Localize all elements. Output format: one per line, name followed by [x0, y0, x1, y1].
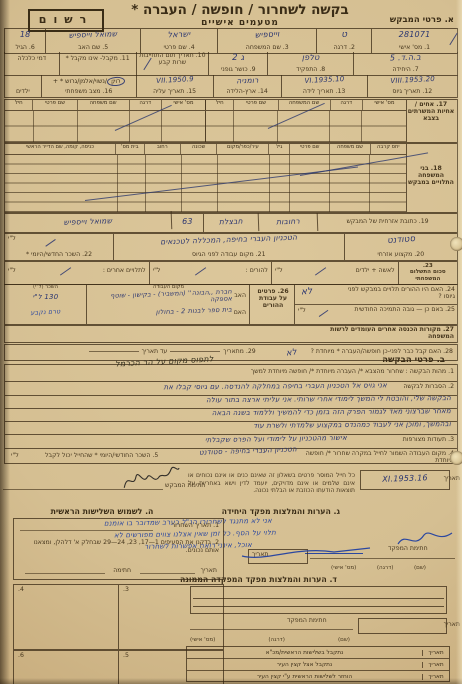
previous-leave-value: לא	[285, 347, 297, 358]
warning-text: כל חייל המוסר פרטים בשאלון זה שאינם כנים…	[188, 472, 355, 495]
monthly-wage-slash	[45, 239, 56, 247]
section-a-heading: א. פרטי המבקש	[390, 15, 454, 25]
dependents-col-0: יחס קרבה	[370, 144, 406, 154]
parents-work-number: 26.	[278, 288, 289, 295]
siblings-grid: מס' אישי דרגה שם המשפחה שם פרטי חיל מס' …	[5, 100, 407, 142]
possible-wage-label: 5. השכר החודשי/היומי * שהחייל יכול לקבל	[45, 453, 158, 460]
field-marital-status: רוק/נשוי/אלמן/גרוש * + 16. מצב משפחתי	[42, 75, 137, 97]
adjutancy-box-5-number: 5.	[123, 653, 129, 660]
aliyah-date-label: 15. תאריך עליה	[137, 89, 213, 96]
father-work-value: חברת ,,הבונה'' (המשביר) - בקישון - שוטף …	[89, 289, 232, 308]
field-work-before-enlistment: הטכניון העברי בחיפה, המכללה לטכנאים 21. …	[114, 234, 345, 260]
form-subtitle: מטעמים אישיים	[120, 18, 360, 28]
marital-options-rest: /נשוי/אלמן/גרוש * +	[53, 78, 107, 85]
father-row-label: האב	[234, 293, 246, 300]
birth-country-label: 14. ארץ-הלידה	[214, 89, 281, 96]
address-city: רחובות	[259, 213, 319, 233]
rank-label: 2. דרגה	[317, 45, 371, 52]
superior-notes-rule-2	[193, 606, 444, 607]
siblings-col-7: שם משפחה	[77, 100, 129, 110]
dependents-col-2: שם פרטי	[289, 144, 329, 154]
field-civil-profession: סטודנט 20. מקצוע אזרחי	[345, 234, 458, 260]
support-amount-label: 25. באם כן — גובה התמיכה החודשית	[338, 307, 455, 314]
siblings-col-3: שם פרטי	[233, 100, 277, 110]
field-aliyah-date: 9.VII.1950 15. תאריך עליה	[137, 75, 214, 97]
siblings-table: 17. אחים / אחיות המשרתים בצבא מס' אישי ד…	[4, 99, 458, 143]
form-title: בקשה לשחרור / חופשה / העברה *	[120, 2, 360, 18]
fitness-value: ג 2	[209, 53, 267, 63]
mother-work-value: בית ספר לבנות 2 - בחולון	[89, 306, 232, 319]
applicant-row-3: 20.VIII.1953 12. תאריך גיוס 10.VI.1935 1…	[4, 75, 458, 98]
address-row: 19. כתובת אזרחית של המבקש רחובות חבצלת 6…	[4, 213, 458, 233]
parents-wage-col: השכר (ל"י) 130 ל"י טרם נקבע	[5, 285, 87, 324]
field-allowance-type: דמי כלכלה	[5, 52, 60, 75]
family-name-label: 3. שם המשפחה	[218, 45, 316, 52]
attached-documents-value: אישור מהטכניון על לימודי ועל הפרס שקבלתי	[205, 434, 347, 444]
address-label: 19. כתובת אזרחית של המבקש	[318, 214, 457, 232]
field-rank: ט 2. דרגה	[317, 29, 372, 53]
punch-hole-bottom	[450, 451, 462, 465]
adjutancy-box: 1. תאריך השחרור 2. בדקנו את הסעיפים 1—17…	[13, 518, 224, 580]
receipt-table: תאריך נתקבל בשלישות הראשית/מכ"א תאריך נת…	[186, 646, 450, 682]
parents-wage-header: השכר (ל"י)	[5, 285, 86, 291]
parents-questions-col: 24. האם היו ההורים תלויים במבקש לפני גיו…	[295, 285, 457, 324]
release-date-label: 1. תאריך השחרור	[172, 523, 219, 530]
adjutancy-date-line	[140, 573, 195, 574]
superior-notes-box	[190, 586, 447, 614]
scan-bottom-shadow	[0, 678, 462, 684]
enlistment-date-label: 12. תאריך גיוס	[368, 89, 457, 96]
parents-block: 24. האם היו ההורים תלויים במבקש לפני גיו…	[4, 284, 458, 325]
dependents-col-7: בית מס'	[115, 144, 144, 154]
profession-row: סטודנט 20. מקצוע אזרחי הטכניון העברי בחי…	[4, 233, 458, 261]
payment-parents-currency: ל"י	[153, 268, 161, 275]
support-amount-slash	[319, 310, 329, 317]
field-age: 18 6. הגיל	[5, 29, 46, 53]
payment-wife-currency: ל"י	[275, 268, 283, 275]
request-reasons-label: 2. הסברות לבקשה	[403, 384, 454, 391]
dependents-col-8: כניסה, קומה, שם הדייר הראשי	[5, 144, 115, 154]
role-value: טלפן	[268, 53, 353, 62]
allowance-type-label: דמי כלכלה	[7, 56, 57, 63]
dependents-grid: יחס קרבה שם משפחה שם פרטי גיל עיר/כפר/מק…	[5, 144, 407, 212]
field-parents-dependent: 24. האם היו ההורים תלויים במבקש לפני גיו…	[295, 285, 457, 305]
father-name-label: 5. שם האב	[46, 45, 140, 52]
mother-wage-value: טרם נקבע	[5, 307, 86, 318]
adjutancy-sig-label: חתימה	[113, 568, 131, 575]
adjutancy-date-label: תאריך	[201, 568, 217, 575]
aliyah-date-value: 9.VII.1950	[136, 74, 212, 86]
siblings-col-8: שם פרטי	[32, 100, 76, 110]
payment-other-dependents: לתלויים אחרים : ל"י	[5, 262, 150, 284]
field-commitment-end: 10. תאריך תום התחייבות שרות קבע	[137, 52, 210, 75]
marital-circled-single: רוק	[107, 76, 125, 86]
payment-wife-slash	[315, 267, 326, 276]
father-name-value: שמואל וייספיש	[46, 28, 140, 40]
unit-label: 7. היחידה	[354, 67, 457, 74]
family-payment-label: 23. סכום התשלום המשפחתי	[399, 262, 457, 284]
role-label: 8. התפקיד	[268, 67, 353, 74]
children-label: ילדים	[5, 89, 41, 96]
dependents-col-5: שכונה	[180, 144, 216, 154]
c-id-number: (מס' אישי)	[331, 565, 356, 571]
birth-date-label: 13. תאריך לידה	[282, 89, 367, 96]
adjutancy-sig-line	[25, 573, 105, 574]
field-support-amount: 25. באם כן — גובה התמיכה החודשית ל"י	[295, 305, 457, 323]
marital-status-label: 16. מצב משפחתי	[42, 89, 136, 96]
from-date-label: 29. מתאריך	[223, 349, 255, 356]
fitness-label: 9. כושר גופני	[209, 67, 267, 74]
field-birth-date: 10.VI.1935 13. תאריך לידה	[282, 75, 368, 97]
field-fitness: ג 2 9. כושר גופני	[209, 52, 268, 75]
age-value: 18	[5, 30, 45, 39]
address-number: 63	[172, 214, 204, 232]
support-amount-currency: ל"י	[298, 308, 306, 315]
address-co-name: שמואל וייספיש	[5, 211, 172, 235]
scan-left-shadow	[0, 0, 10, 684]
field-birth-country: רומניה 14. ארץ-הלידה	[214, 75, 282, 97]
reserved-job-label: 4. מקום העבודה השמור לחייל במקרה שחרור *…	[304, 451, 454, 465]
parents-dependent-label: 24. האם היו ההורים תלויים במבקש לפני גיו…	[342, 287, 455, 301]
commander-c-signature-scribble	[238, 528, 460, 562]
dependents-col-1: שם משפחה	[329, 144, 369, 154]
checked-sections-text: 2. בדקנו את הסעיפים 1—17, 23, 24—29 שבחל…	[18, 539, 219, 556]
payment-others-slash	[60, 267, 71, 276]
first-name-label: 4. שם פרטי	[141, 45, 217, 52]
field-unit: ב.ה.ד. 5 7. היחידה	[354, 52, 457, 75]
siblings-col-0: מס' אישי	[362, 100, 406, 110]
field-allowance-receives: 11. מקבל- אינו מקבל *	[60, 52, 137, 75]
marital-options: רוק/נשוי/אלמן/גרוש * +	[42, 77, 136, 86]
d-id-rank: (דרגה)	[268, 637, 285, 643]
applicant-row-2: ב.ה.ד. 5 7. היחידה טלפן 8. התפקיד ג 2 9.…	[4, 52, 458, 76]
enlistment-date-value: 20.VIII.1953	[367, 74, 457, 87]
request-nature-label: 1. מהות הבקשה : שחרור מהצבא */ העברה מיו…	[251, 369, 454, 376]
from-date-line	[170, 351, 220, 352]
payment-parents-slash	[195, 267, 206, 276]
payment-wife-label: לאשה + ילדים	[356, 268, 395, 275]
section-c-heading: ג. הערות והמלצות מפקד היחידה	[222, 507, 340, 516]
possible-wage-currency: ל"י	[11, 453, 19, 460]
siblings-side-label: 17. אחים / אחיות המשרתים בצבא	[407, 100, 457, 142]
siblings-empty-grid	[5, 111, 406, 142]
until-date-line	[89, 351, 139, 352]
adjutancy-box-4: 4.	[14, 585, 118, 649]
superior-signature-label: חתימת המפקד	[287, 618, 327, 625]
payment-others-label: לתלויים אחרים :	[103, 268, 146, 275]
other-income-label: 27. מקורות הכנסה אחרים העומדים לרשות המש…	[314, 327, 454, 341]
dependents-col-3: גיל	[268, 144, 289, 154]
adjutancy-box-3-number: 3.	[123, 587, 129, 594]
field-personal-number: 281071 1. מס' אישי	[372, 29, 457, 53]
siblings-header-row: מס' אישי דרגה שם המשפחה שם פרטי חיל מס' …	[5, 100, 406, 111]
payment-wife-children: לאשה + ילדים ל"י	[272, 262, 399, 284]
dependents-col-6: רחוב	[144, 144, 180, 154]
dependents-col-4: עיר/כפר/מקום	[216, 144, 268, 154]
field-children: ילדים	[5, 75, 42, 97]
adjutancy-boxes-row-1: 3. 4.	[13, 584, 224, 650]
first-name-value: ישראל	[141, 29, 217, 41]
adjutancy-box-6-number: 6.	[18, 653, 24, 660]
parents-work-col: מקום העבודה 26. פרטים על עבודת ההורים הא…	[87, 285, 295, 324]
request-box: 1. מהות הבקשה : שחרור מהצבא */ העברה מיו…	[4, 364, 458, 464]
superior-date-box	[358, 618, 447, 634]
civil-profession-label: 20. מקצוע אזרחי	[345, 252, 458, 259]
family-payment-title: סכום התשלום המשפחתי	[410, 269, 446, 281]
siblings-col-1: דרגה	[330, 100, 362, 110]
request-date-box: 16.XI.1953	[360, 470, 450, 490]
dependents-table: 18. בני המשפחה התלויים במבקש יחס קרבה שם…	[4, 143, 458, 213]
section-e-heading: ה. לשמוש השלישות הראשית	[22, 507, 182, 516]
address-street: חבצלת	[204, 213, 259, 233]
adjutancy-box-3: 3.	[118, 585, 223, 649]
unit-value: ב.ה.ד. 5	[354, 51, 457, 64]
superior-notes-rule-1	[193, 598, 444, 599]
civil-profession-value: סטודנט	[344, 231, 457, 249]
family-payment-number: 23.	[423, 263, 433, 269]
attached-documents-label: 3. תעודות מצורפות	[403, 437, 454, 444]
work-before-value: הטכניון העברי בחיפה, המכללה לטכנאים	[114, 231, 344, 248]
birth-country-value: רומניה	[213, 75, 280, 86]
reasons-line-1: אני גויס אל הטכניון העברי בחיפה במחלקה ל…	[13, 381, 387, 392]
c-id-rank: (דרגה)	[377, 565, 394, 571]
parents-work-label: 26. פרטים על עבודת ההורים	[254, 289, 292, 310]
receipt-2-date-label: תאריך	[422, 662, 449, 668]
release-date-line	[20, 530, 153, 531]
personal-number-value: 281071	[372, 30, 457, 39]
field-role: טלפן 8. התפקיד	[268, 52, 354, 75]
c-id-name: (שם)	[414, 565, 426, 571]
payment-parents-label: להורים :	[246, 268, 268, 275]
parents-work-divider	[249, 285, 250, 324]
commander-c-id-line: (שם) (דרגה) (מס' אישי)	[331, 565, 426, 571]
family-name-value: וייספיש	[218, 27, 317, 41]
applicant-row-1: 281071 1. מס' אישי ט 2. דרגה וייספיש 3. …	[4, 28, 458, 54]
until-date-label: עד תאריך	[142, 349, 168, 356]
monthly-wage-label: 22. השכר החדשי/היומי *	[5, 252, 113, 259]
mother-row-label: האם	[234, 310, 246, 317]
d-id-name: (שם)	[338, 637, 350, 643]
other-income-row: 27. מקורות הכנסה אחרים העומדים לרשות המש…	[4, 325, 458, 343]
receipt-row-2: תאריך נתקבל אצל קצין העיר	[187, 659, 449, 671]
receipt-row-1: תאריך נתקבל בשלישות הראשית/מכ"א	[187, 647, 449, 659]
punch-hole-top	[450, 237, 462, 251]
dependents-header-row: יחס קרבה שם משפחה שם פרטי גיל עיר/כפר/מק…	[5, 144, 406, 155]
parents-dependent-value: לא	[301, 286, 314, 297]
adjutancy-box-4-number: 4.	[18, 587, 24, 594]
payment-parents: להורים : ל"י	[150, 262, 272, 284]
age-label: 6. הגיל	[5, 45, 45, 52]
dependents-empty-grid	[5, 155, 406, 212]
work-before-label: 21. מקום עבודה לפני הגיוס	[114, 252, 344, 259]
field-enlistment-date: 20.VIII.1953 12. תאריך גיוס	[368, 75, 457, 97]
registered-stamp-text: רשום	[39, 13, 93, 26]
field-family-name: וייספיש 3. שם המשפחה	[218, 29, 317, 53]
birth-date-value: 10.VI.1935	[282, 74, 367, 86]
allowance-receives-label: 11. מקבל- אינו מקבל *	[62, 56, 134, 63]
father-wage-value: 130 ל"י	[5, 293, 86, 301]
field-monthly-wage: 22. השכר החדשי/היומי * ל"י	[5, 234, 114, 260]
field-first-name: ישראל 4. שם פרטי	[141, 29, 218, 53]
request-date-value: 16.XI.1953	[361, 472, 449, 484]
field-father-name: שמואל וייספיש 5. שם האב	[46, 29, 141, 53]
reserved-job-value: הטכניון העברי בחיפה - סטודנט	[199, 445, 297, 456]
siblings-col-5: מס' אישי	[161, 100, 205, 110]
scan-right-highlight	[456, 0, 462, 684]
scanned-form-page: רשום בקשה לשחרור / חופשה / העברה * מטעמי…	[0, 0, 462, 684]
siblings-col-4: חיל	[205, 100, 233, 110]
receipt-1-date-label: תאריך	[422, 650, 449, 656]
rank-value: ט	[317, 30, 371, 40]
siblings-col-6: דרגה	[129, 100, 161, 110]
family-payment-row: 23. סכום התשלום המשפחתי לאשה + ילדים ל"י…	[4, 261, 458, 285]
